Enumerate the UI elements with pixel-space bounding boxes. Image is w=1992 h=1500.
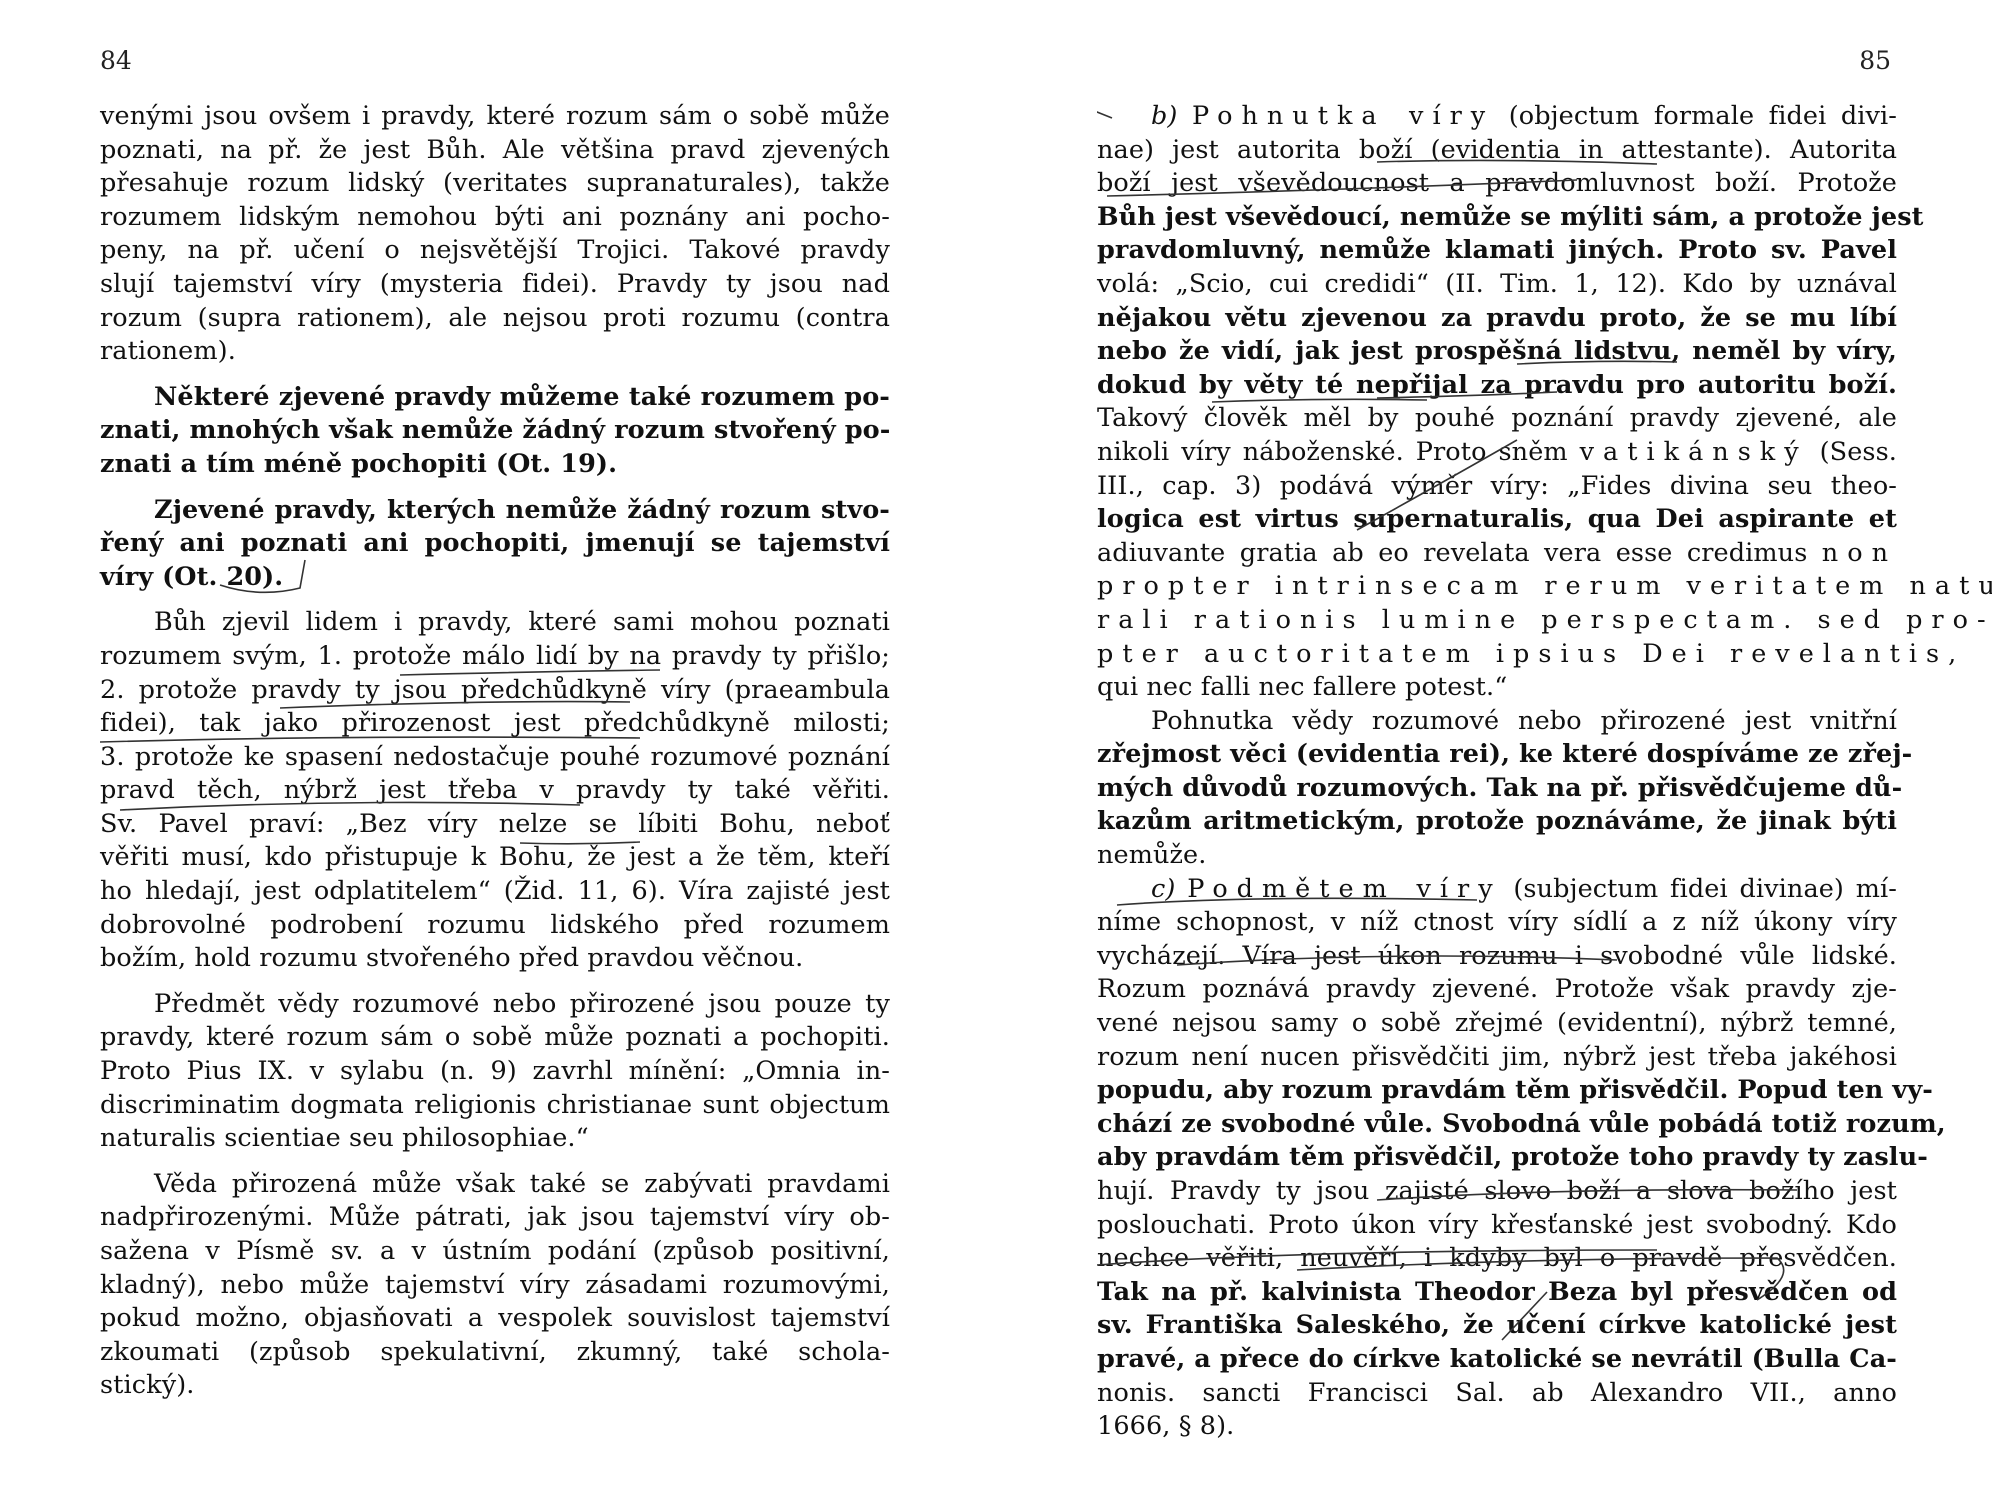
text-line: poznati, na př. že jest Bůh. Ale většina… — [100, 134, 890, 168]
text-line: pravdomluvný, nemůže klamati jiných. Pro… — [1097, 234, 1897, 268]
section-heading: Pohnutka víry — [1192, 101, 1494, 131]
text-line: hují. Pravdy ty jsou zajisté slovo boží … — [1097, 1175, 1897, 1209]
text-line: sv. Františka Saleského, že učení církve… — [1097, 1309, 1897, 1343]
text-line: kladný), nebo může tajemství víry zásada… — [100, 1269, 890, 1303]
text-line: nikoli víry náboženské. Proto sněm vatik… — [1097, 436, 1897, 470]
text-line: dobrovolné podrobení rozumu lidského pře… — [100, 909, 890, 943]
text-line: III., cap. 3) podává výměr víry: „Fides … — [1097, 470, 1897, 504]
page-number-right: 85 — [1859, 46, 1891, 75]
text-line: ho hledají, jest odplatitelem“ (Žid. 11,… — [100, 875, 890, 909]
text-line: vené nejsou samy o sobě zřejmé (evidentn… — [1097, 1007, 1897, 1041]
text-line: Věda přirozená může však také se zabývat… — [100, 1168, 890, 1202]
text-line: Sv. Pavel praví: „Bez víry nelze se líbi… — [100, 808, 890, 842]
text-line: fidei), tak jako přirozenost jest předch… — [100, 707, 890, 741]
text-line: pravdy, které rozum sám o sobě může pozn… — [100, 1021, 890, 1055]
text-line: rali rationis lumine perspectam. sed pro… — [1097, 604, 1897, 638]
text-fragment: vatikánský — [1580, 437, 1808, 467]
text-line: nonis. sancti Francisci Sal. ab Alexandr… — [1097, 1377, 1897, 1411]
text-line: Takový člověk měl by pouhé poznání pravd… — [1097, 402, 1897, 436]
text-fragment: nikoli víry náboženské. Proto — [1097, 437, 1499, 467]
paragraph: Pohnutka vědy rozumové nebo přirozené je… — [1097, 705, 1897, 873]
text-line: nadpřirozenými. Může pátrati, jak jsou t… — [100, 1201, 890, 1235]
page-number-left: 84 — [100, 46, 132, 75]
text-line: 3. protože ke spasení nedostačuje pouhé … — [100, 741, 890, 775]
text-line: chází ze svobodné vůle. Svobodná vůle po… — [1097, 1108, 1897, 1142]
right-page: 85 b) Pohnutka víry (objectum formale fi… — [1097, 0, 1897, 1500]
text-line: věřiti musí, kdo přistupuje k Bohu, že j… — [100, 841, 890, 875]
text-line: dokud by věty té nepřijal za pravdu pro … — [1097, 369, 1897, 403]
text-line: propter intrinsecam rerum veritatem natu… — [1097, 570, 1897, 604]
text-line: volá: „Scio, cui credidi“ (II. Tim. 1, 1… — [1097, 268, 1897, 302]
text-line: qui nec falli nec fallere potest.“ — [1097, 671, 1897, 705]
text-line: discriminatim dogmata religionis christi… — [100, 1089, 890, 1123]
bold-thesis-20: Zjevené pravdy, kterých nemůže žádný roz… — [100, 494, 890, 595]
text-line: naturalis scientiae seu philosophiae.“ — [100, 1122, 890, 1156]
left-page: 84 venými jsou ovšem i pravdy, které roz… — [100, 0, 890, 1500]
text-line: nae) jest autorita boží (evidentia in at… — [1097, 134, 1897, 168]
text-line: rozumem svým, 1. protože málo lidí by na… — [100, 640, 890, 674]
text-line: aby pravdám těm přisvědčil, protože toho… — [1097, 1141, 1897, 1175]
text-line: rozum (supra rationem), ale nejsou proti… — [100, 302, 890, 336]
text-line: pokud možno, objasňovati a vespolek souv… — [100, 1302, 890, 1336]
text-line: adiuvante gratia ab eo revelata vera ess… — [1097, 537, 1897, 571]
text-line: slují tajemství víry (mysteria fidei). P… — [100, 268, 890, 302]
section-label: c) — [1151, 874, 1175, 904]
section-c-podmetem-viry: c) Podmětem víry (subjectum fidei divina… — [1097, 873, 1897, 1444]
text-line: Zjevené pravdy, kterých nemůže žádný roz… — [100, 494, 890, 528]
right-page-text: b) Pohnutka víry (objectum formale fidei… — [1097, 100, 1897, 1444]
text-line: víry (Ot. 20). — [100, 561, 890, 595]
text-line: Rozum poznává pravdy zjevené. Protože vš… — [1097, 973, 1897, 1007]
text-line: Některé zjevené pravdy můžeme také rozum… — [100, 381, 890, 415]
text-fragment: (subjectum fidei divinae) mí- — [1502, 874, 1897, 904]
text-line: logica est virtus supernaturalis, qua De… — [1097, 503, 1897, 537]
text-line: Bůh jest vševědoucí, nemůže se mýliti sá… — [1097, 201, 1897, 235]
text-line: řený ani poznati ani pochopiti, jmenují … — [100, 527, 890, 561]
text-line: 1666, § 8). — [1097, 1410, 1897, 1444]
text-line: poslouchati. Proto úkon víry křesťanské … — [1097, 1209, 1897, 1243]
text-line: znati a tím méně pochopiti (Ot. 19). — [100, 448, 890, 482]
text-line: 2. protože pravdy ty jsou předchůdkyně v… — [100, 674, 890, 708]
text-line: zkoumati (způsob spekulativní, zkumný, t… — [100, 1336, 890, 1370]
bold-thesis-19: Některé zjevené pravdy můžeme také rozum… — [100, 381, 890, 482]
text-line: Proto Pius IX. v sylabu (n. 9) zavrhl mí… — [100, 1055, 890, 1089]
text-line: vycházejí. Víra jest úkon rozumu i svobo… — [1097, 940, 1897, 974]
text-line: stický). — [100, 1369, 890, 1403]
text-line: níme schopnost, v níž ctnost víry sídlí … — [1097, 906, 1897, 940]
text-line: peny, na př. učení o nejsvětější Trojici… — [100, 234, 890, 268]
text-line: božím, hold rozumu stvořeného před pravd… — [100, 942, 890, 976]
text-line: boží jest vševědoucnost a pravdomluvnost… — [1097, 167, 1897, 201]
text-line: c) Podmětem víry (subjectum fidei divina… — [1097, 873, 1897, 907]
text-line: b) Pohnutka víry (objectum formale fidei… — [1097, 100, 1897, 134]
text-line: Pohnutka vědy rozumové nebo přirozené je… — [1097, 705, 1897, 739]
text-line: pter auctoritatem ipsius Dei revelantis, — [1097, 638, 1897, 672]
text-fragment: (objectum formale fidei divi- — [1494, 101, 1897, 131]
section-heading: Podmětem víry — [1187, 874, 1501, 904]
text-line: přesahuje rozum lidský (veritates supran… — [100, 167, 890, 201]
text-fragment: adiuvante gratia ab eo revelata vera ess… — [1097, 538, 1822, 568]
text-line: kazům aritmetickým, protože poznáváme, ž… — [1097, 805, 1897, 839]
text-line: nechce věřiti, neuvěří, i kdyby byl o pr… — [1097, 1242, 1897, 1276]
text-line: nemůže. — [1097, 839, 1897, 873]
text-line: rozum není nucen přisvědčiti jim, nýbrž … — [1097, 1041, 1897, 1075]
section-label: b) — [1151, 101, 1177, 131]
text-line: pravé, a přece do církve katolické se ne… — [1097, 1343, 1897, 1377]
text-line: rationem). — [100, 335, 890, 369]
text-fragment: sněm — [1499, 437, 1568, 467]
section-b-pohnutka-viry: b) Pohnutka víry (objectum formale fidei… — [1097, 100, 1897, 705]
text-line: Tak na př. kalvinista Theodor Beza byl p… — [1097, 1276, 1897, 1310]
paragraph: Bůh zjevil lidem i pravdy, které sami mo… — [100, 606, 890, 976]
text-line: znati, mnohých však nemůže žádný rozum s… — [100, 414, 890, 448]
text-line: nebo že vidí, jak jest prospěšná lidstvu… — [1097, 335, 1897, 369]
text-fragment: (Sess. — [1808, 437, 1897, 467]
paragraph: Věda přirozená může však také se zabývat… — [100, 1168, 890, 1403]
text-line: nějakou větu zjevenou za pravdu proto, ž… — [1097, 302, 1897, 336]
text-line: zřejmost věci (evidentia rei), ke které … — [1097, 738, 1897, 772]
text-line: Předmět vědy rozumové nebo přirozené jso… — [100, 988, 890, 1022]
text-fragment: non — [1822, 538, 1897, 568]
text-line: mých důvodů rozumových. Tak na př. přisv… — [1097, 772, 1897, 806]
paragraph: Předmět vědy rozumové nebo přirozené jso… — [100, 988, 890, 1156]
paragraph: venými jsou ovšem i pravdy, které rozum … — [100, 100, 890, 369]
text-line: Bůh zjevil lidem i pravdy, které sami mo… — [100, 606, 890, 640]
text-line: rozumem lidským nemohou býti ani poznány… — [100, 201, 890, 235]
text-line: sažena v Písmě sv. a v ústním podání (zp… — [100, 1235, 890, 1269]
text-line: pravd těch, nýbrž jest třeba v pravdy ty… — [100, 774, 890, 808]
text-line: venými jsou ovšem i pravdy, které rozum … — [100, 100, 890, 134]
left-page-text: venými jsou ovšem i pravdy, které rozum … — [100, 100, 890, 1403]
text-line: popudu, aby rozum pravdám těm přisvědčil… — [1097, 1074, 1897, 1108]
